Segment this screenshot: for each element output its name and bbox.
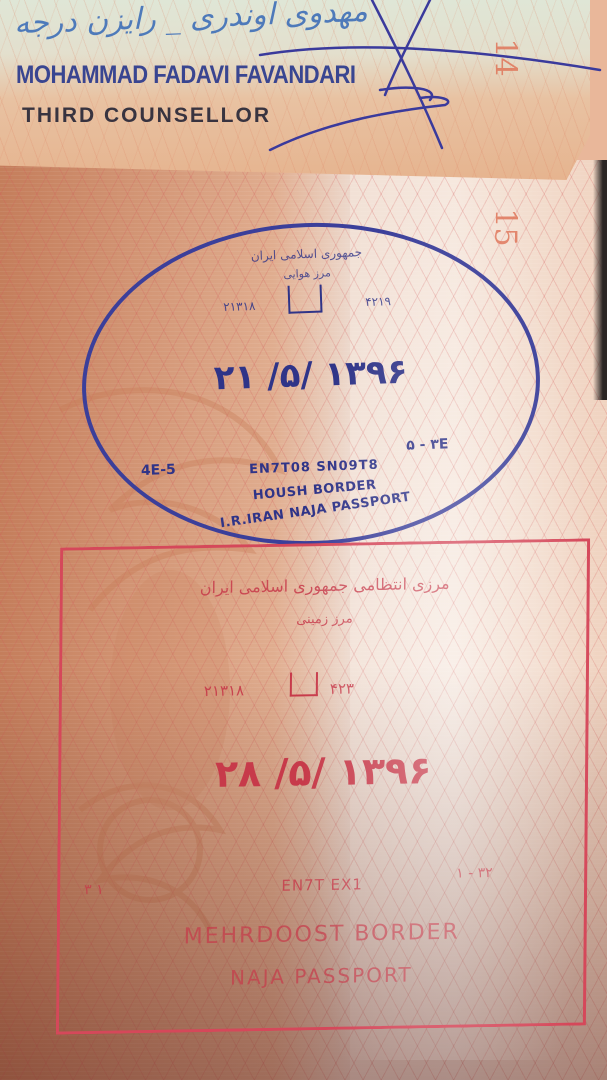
stamp-code: ۲۱۳۱۸ bbox=[204, 681, 244, 700]
stamp-subheader: مرز زمینی bbox=[62, 607, 586, 631]
page-number: 14 bbox=[488, 38, 523, 76]
stamp-footer: NAJA PASSPORT bbox=[59, 959, 583, 992]
passport-photo: 15 مهدوی اوندری _ رایزن درجه MOHAMMAD FA… bbox=[0, 0, 607, 1080]
stamp-border-post: MEHRDOOST BORDER bbox=[60, 917, 584, 951]
signature-icon bbox=[0, 0, 607, 180]
stamp-code: ۴۲۱۹ bbox=[365, 294, 391, 309]
exit-stamp: مرزی انتظامی جمهوری اسلامی ایران مرز زمی… bbox=[56, 538, 590, 1034]
stamp-date: ۲۱ /۵/ ۱۳۹۶ bbox=[85, 347, 536, 403]
stamp-code: ۵ - ۳E bbox=[406, 436, 449, 453]
stamp-box-icon bbox=[290, 672, 318, 696]
stamp-serial: EN7T EX1 bbox=[60, 871, 584, 898]
passport-spine-edge bbox=[593, 160, 607, 400]
stamp-header: مرزی انتظامی جمهوری اسلامی ایران bbox=[63, 571, 587, 599]
stamp-date: ۲۸ /۵/ ۱۳۹۶ bbox=[61, 745, 585, 798]
stamp-code: ۴۲۳ bbox=[330, 679, 354, 697]
stamp-box-icon bbox=[288, 285, 323, 314]
stamp-code: ۲۱۳۱۸ bbox=[223, 299, 256, 314]
